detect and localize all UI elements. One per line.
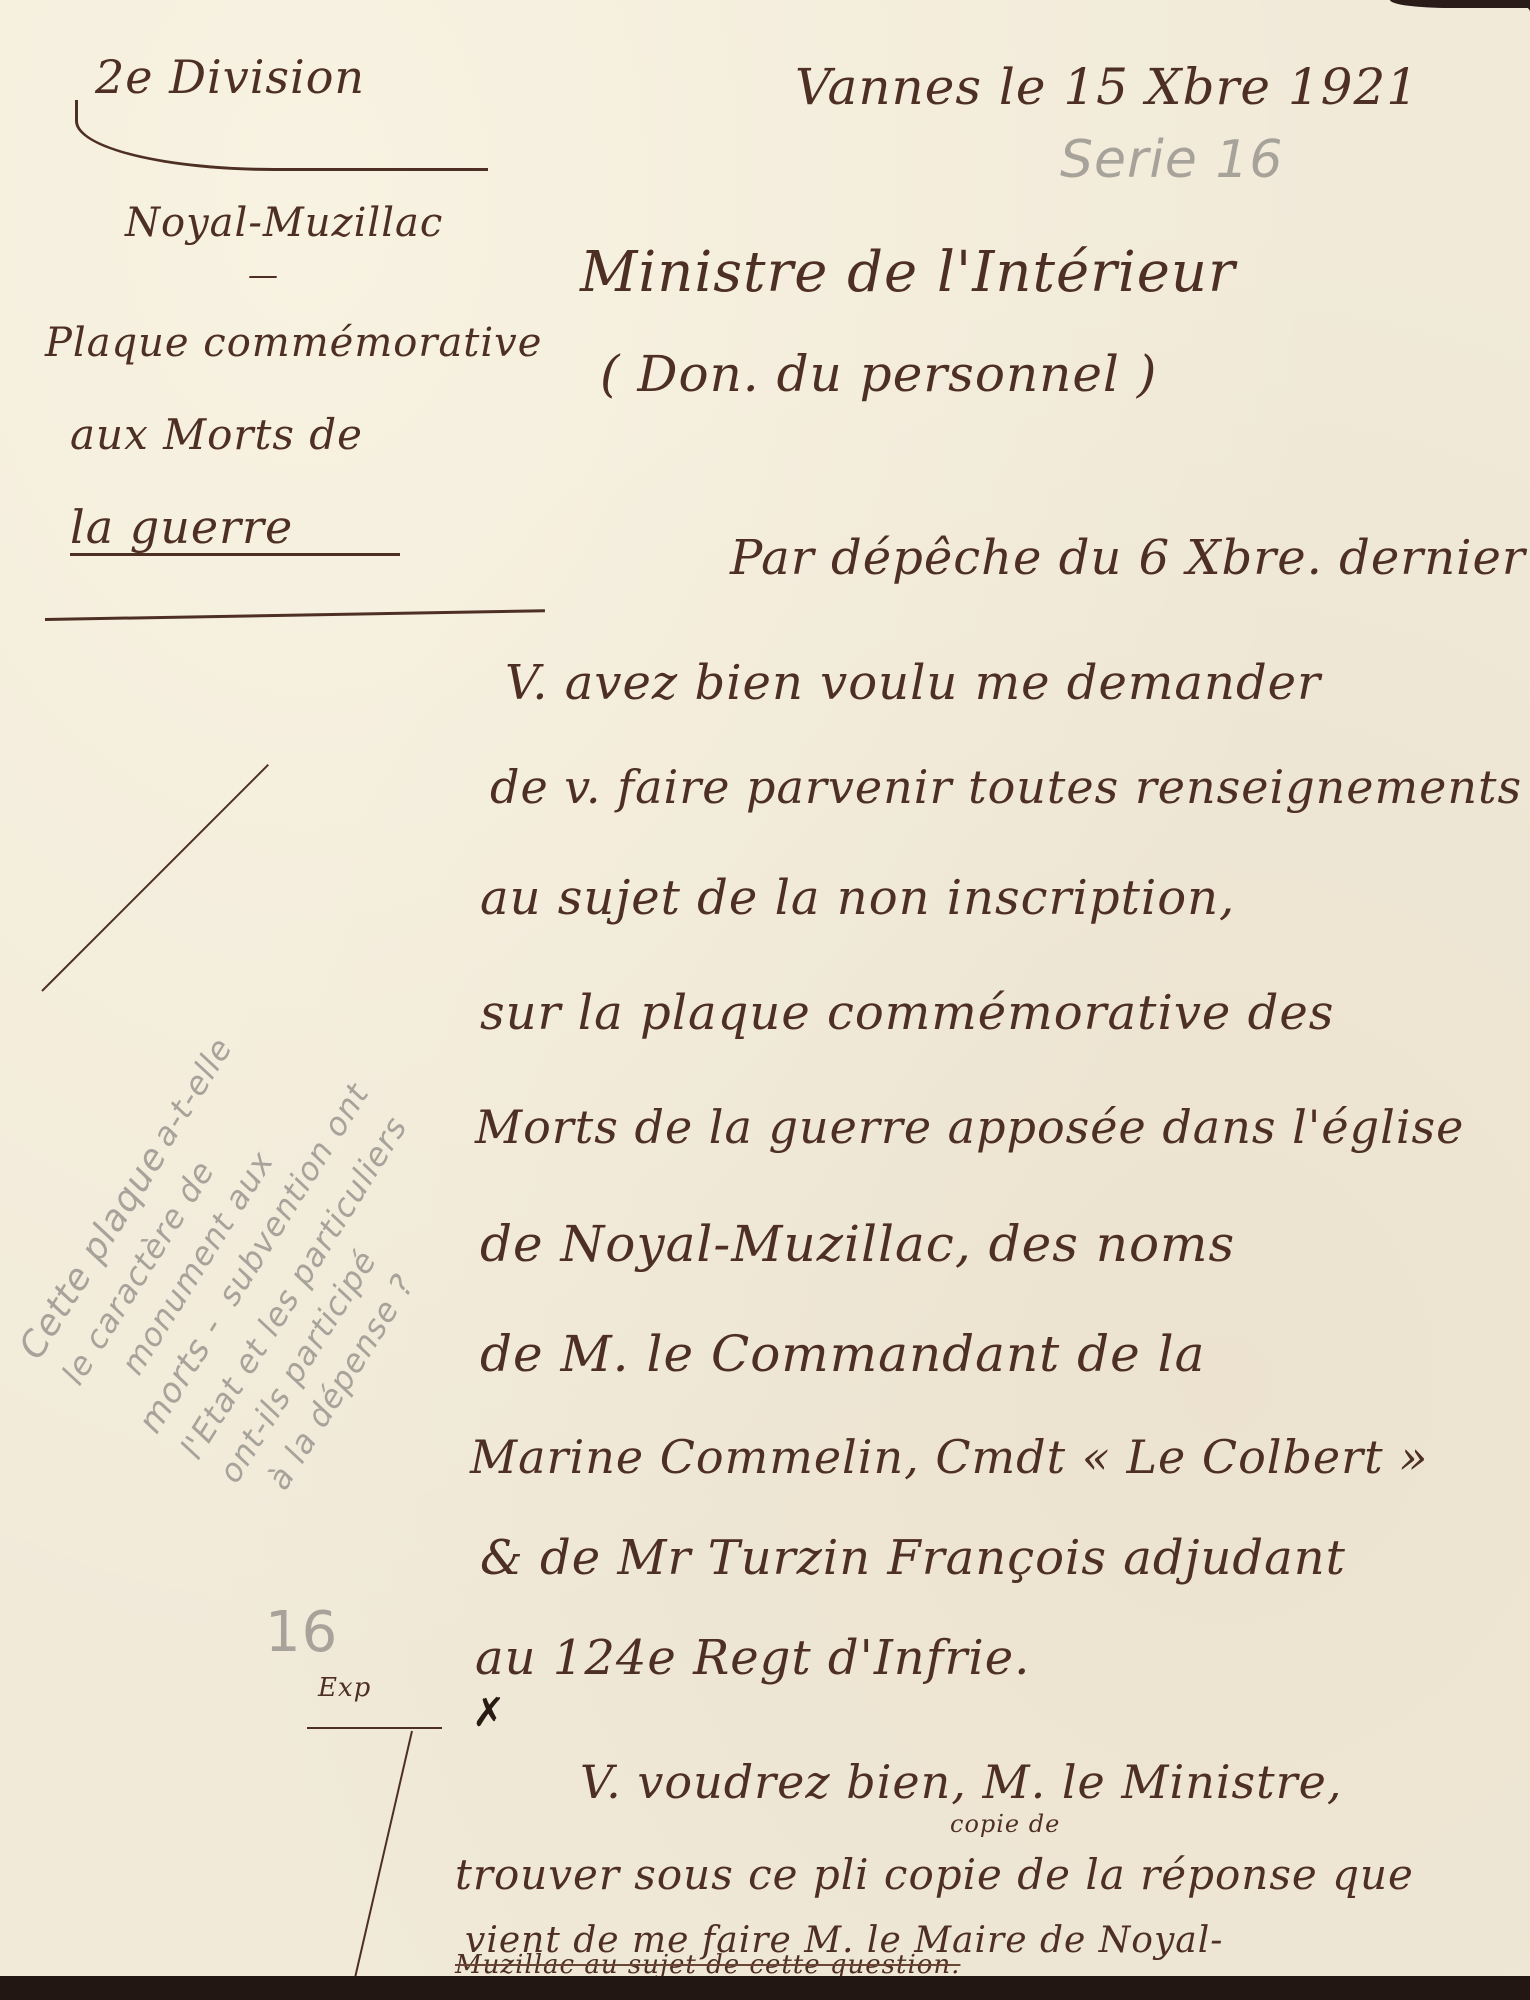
recipient-department: ( Don. du personnel ) [600,345,1157,403]
stamp-bracket-line [353,1731,413,1983]
subject-line-2: aux Morts de [70,410,363,459]
pencil-note-line-2: a-t-elle [144,1031,240,1153]
subject-underline [70,553,400,556]
scan-background-strip [0,1976,1530,2000]
place-date: Vannes le 15 Xbre 1921 [795,58,1419,116]
pencil-note-block: Cette plaque a-t-elle le caractère de mo… [20,909,304,1355]
diagonal-ink-line [41,764,269,992]
body-line-4: au sujet de la non inscription, [480,870,1235,926]
division-underline-arc [75,100,488,171]
body-line-7: de Noyal-Muzillac, des noms [480,1215,1235,1273]
cross-mark-icon: ✗ [472,1690,507,1736]
body-line-6: Morts de la guerre apposée dans l'église [475,1100,1464,1154]
body-line-2: V. avez bien voulu me demander [505,655,1321,711]
location-label: Noyal-Muzillac [125,200,443,246]
body-line-1: Par dépêche du 6 Xbre. dernier [730,530,1526,586]
series-annotation: Serie 16 [1060,130,1284,190]
recipient-title: Ministre de l'Intérieur [580,240,1236,305]
body-line-12: V. voudrez bien, M. le Ministre, [580,1755,1342,1809]
body-line-5: sur la plaque commémorative des [480,985,1334,1041]
division-label: 2e Division [95,50,365,104]
body-line-13: trouver sous ce pli copie de la réponse … [455,1850,1414,1899]
stamp-underline [307,1727,442,1729]
body-line-8: de M. le Commandant de la [480,1325,1205,1383]
subject-line-1: Plaque commémorative [45,320,542,366]
body-line-10: & de Mr Turzin François adjudant [480,1530,1346,1586]
body-line-9: Marine Commelin, Cmdt « Le Colbert » [470,1430,1428,1484]
page-torn-edge [1390,0,1530,8]
letter-page: 2e Division Noyal-Muzillac — Plaque comm… [0,0,1530,1978]
body-line-3: de v. faire parvenir toutes renseignemen… [490,760,1522,814]
subject-line-3: la guerre [70,500,293,556]
insertion-above: copie de [950,1810,1060,1838]
margin-separator-line [45,609,545,621]
pencil-number: 16 [265,1600,338,1665]
stamp-abbrev: Exp [318,1673,371,1703]
body-line-11: au 124e Regt d'Infrie. [475,1630,1030,1686]
margin-dash: — [248,258,279,293]
